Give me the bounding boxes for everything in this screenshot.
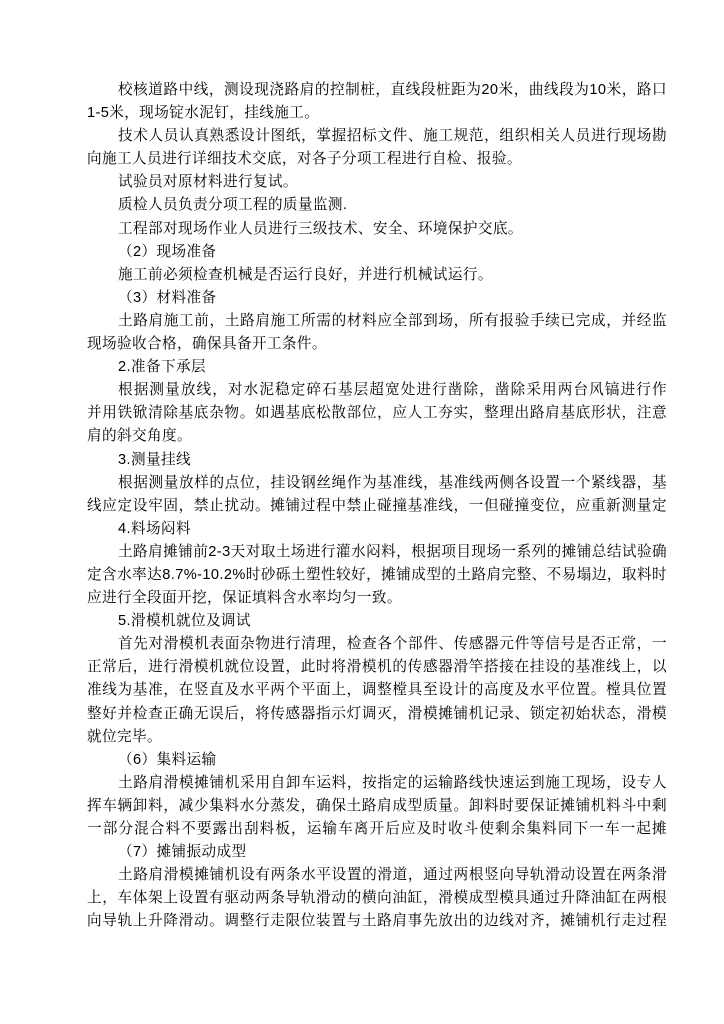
document-line: 根据测量放样的点位，挂设钢丝绳作为基准线，基准线两侧各设置一个紧线器，基准 — [87, 472, 667, 495]
document-page: 校核道路中线，测设现浇路肩的控制桩，直线段桩距为20米，曲线段为10米，路口为 … — [0, 0, 724, 1024]
document-line: 线应定设牢固，禁止扰动。摊铺过程中禁止碰撞基准线，一但碰撞变位，应重新测量定设 — [87, 495, 667, 518]
document-line: 应进行全段面开挖，保证填料含水率均匀一致。 — [87, 587, 667, 610]
section-heading-line: 5.滑模机就位及调试 — [87, 610, 667, 633]
section-heading-line: （6）集料运输 — [87, 749, 667, 772]
document-line: 整好并检查正确无误后，将传感器指示灯调灭，滑模摊铺机记录、锁定初始状态，滑模机 — [87, 703, 667, 726]
section-heading-line: 2.准备下承层 — [87, 356, 667, 379]
document-line: 并用铁锨清除基底杂物。如遇基底松散部位，应人工夯实，整理出路肩基底形状，注意路 — [87, 402, 667, 425]
document-line: 现场验收合格，确保具备开工条件。 — [87, 333, 667, 356]
document-line: 1-5米，现场锭水泥钉，挂线施工。 — [87, 102, 667, 125]
section-heading-line: （3）材料准备 — [87, 287, 667, 310]
document-line: 上，车体架上设置有驱动两条导轨滑动的横向油缸，滑模成型模具通过升降油缸在两根竖 — [87, 887, 667, 910]
document-line: 正常后，进行滑模机就位设置，此时将滑模机的传感器滑竿搭接在挂设的基准线上，以基 — [87, 656, 667, 679]
document-line: 定含水率达8.7%-10.2%时砂砾土塑性较好，摊铺成型的土路肩完整、不易塌边，… — [87, 564, 667, 587]
document-line: 校核道路中线，测设现浇路肩的控制桩，直线段桩距为20米，曲线段为10米，路口为 — [87, 79, 667, 102]
document-line: 土路肩滑模摊铺机设有两条水平设置的滑道，通过两根竖向导轨滑动设置在两条滑道 — [87, 864, 667, 887]
document-line: 土路肩摊铺前2-3天对取土场进行灌水闷料，根据项目现场一系列的摊铺总结试验确 — [87, 541, 667, 564]
document-line: 挥车辆卸料，减少集料水分蒸发，确保土路肩成型质量。卸料时要保证摊铺机料斗中剩余 — [87, 795, 667, 818]
document-line: 向施工人员进行详细技术交底，对各子分项工程进行自检、报验。 — [87, 148, 667, 171]
document-line: 施工前必须检查机械是否运行良好，并进行机械试运行。 — [87, 264, 667, 287]
document-line: 一部分混合料不要露出刮料板，运输车离开后应及时收斗使剩余集料同下一车一起摊铺。 — [87, 818, 667, 841]
section-heading-line: 4.料场闷料 — [87, 518, 667, 541]
document-line: 试验员对原材料进行复试。 — [87, 171, 667, 194]
document-text-block: 校核道路中线，测设现浇路肩的控制桩，直线段桩距为20米，曲线段为10米，路口为 … — [87, 79, 667, 933]
document-line: 就位完毕。 — [87, 726, 667, 749]
document-line: 技术人员认真熟悉设计图纸，掌握招标文件、施工规范，组织相关人员进行现场勘察 — [87, 125, 667, 148]
document-line: 准线为基准，在竖直及水平两个平面上，调整樘具至设计的高度及水平位置。樘具位置调 — [87, 679, 667, 702]
document-line: 质检人员负责分项工程的质量监测. — [87, 194, 667, 217]
document-line: 向导轨上升降滑动。调整行走限位装置与土路肩事先放出的边线对齐，摊铺机行走过程中 — [87, 910, 667, 933]
document-line: 土路肩滑模摊铺机采用自卸车运料，按指定的运输路线快速运到施工现场，设专人指 — [87, 772, 667, 795]
document-line: 首先对滑模机表面杂物进行清理，检查各个部件、传感器元件等信号是否正常，一些 — [87, 633, 667, 656]
section-heading-line: （7）摊铺振动成型 — [87, 841, 667, 864]
document-line: 工程部对现场作业人员进行三级技术、安全、环境保护交底。 — [87, 218, 667, 241]
section-heading-line: （2）现场准备 — [87, 241, 667, 264]
section-heading-line: 3.测量挂线 — [87, 449, 667, 472]
document-line: 土路肩施工前，土路肩施工所需的材料应全部到场，所有报验手续已完成，并经监理 — [87, 310, 667, 333]
document-line: 根据测量放线，对水泥稳定碎石基层超宽处进行凿除，凿除采用两台风镐进行作业， — [87, 379, 667, 402]
document-line: 肩的斜交角度。 — [87, 425, 667, 448]
